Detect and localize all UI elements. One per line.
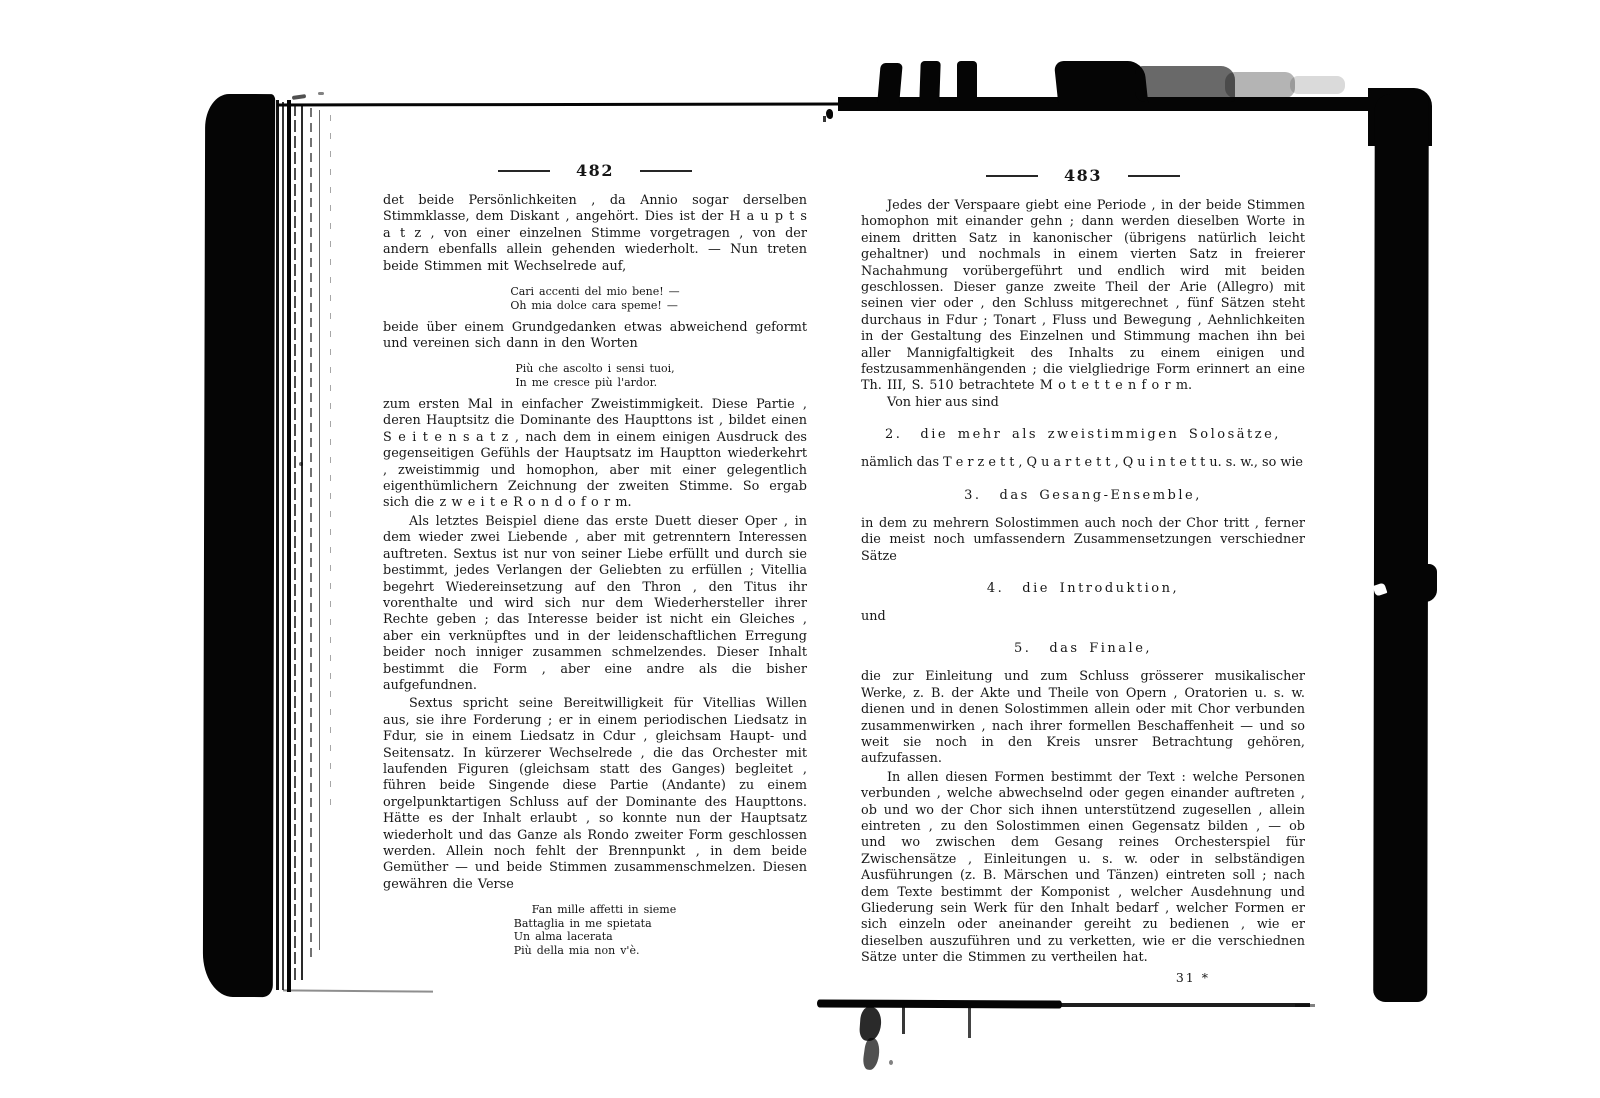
bottom-edge-line-left xyxy=(283,989,433,992)
scan-blob xyxy=(1225,72,1295,98)
book-scan-spread: 482 det beide Persönlichkeiten , da Anni… xyxy=(0,0,1600,1098)
scan-blob xyxy=(1135,66,1235,102)
page-left: 482 det beide Persönlichkeiten , da Anni… xyxy=(383,161,807,965)
section-heading-5: 5. das Finale, xyxy=(861,640,1305,657)
scan-speck xyxy=(826,109,833,119)
signature-mark: 31 * xyxy=(861,970,1305,985)
text-line: nämlich das T e r z e t t , Q u a r t e … xyxy=(861,455,1305,471)
page-edge-striation xyxy=(282,102,284,990)
verse-quote: Cari accenti del mio bene! — Oh mia dolc… xyxy=(383,285,807,313)
ink-drip xyxy=(889,1060,893,1065)
page-edge-striation xyxy=(276,100,279,990)
book-edge-left xyxy=(203,94,275,997)
bottom-edge-line-right xyxy=(1040,1003,1310,1007)
bookmark-tab xyxy=(919,61,940,103)
paragraph: Jedes der Verspaare giebt eine Periode ,… xyxy=(861,198,1305,395)
verse-quote: Più che ascolto i sensi tuoi, In me cres… xyxy=(383,362,807,390)
scan-speck xyxy=(299,462,303,466)
book-edge-bump xyxy=(1425,564,1437,602)
paragraph: det beide Persönlichkeiten , da Annio so… xyxy=(383,193,807,275)
page-right: 483 Jedes der Verspaare giebt eine Perio… xyxy=(861,166,1305,985)
text-line: Von hier aus sind xyxy=(861,395,1305,411)
text-line: und xyxy=(861,609,1305,625)
verse-lines: Più che ascolto i sensi tuoi, In me cres… xyxy=(515,362,674,389)
page-edge-striation xyxy=(294,104,296,984)
verse-lines: Cari accenti del mio bene! — Oh mia dolc… xyxy=(510,285,679,312)
scan-speck xyxy=(823,116,826,122)
page-number: 482 xyxy=(576,161,614,180)
ink-streak xyxy=(968,1007,971,1038)
page-edge-striation xyxy=(301,104,303,980)
paragraph: Als letztes Beispiel diene das erste Due… xyxy=(383,514,807,694)
verse-line: Oh mia dolce cara speme! — xyxy=(510,299,679,313)
verse-line: Più della mia non v'è. xyxy=(514,944,676,958)
section-heading-2: 2. die mehr als zweistimmigen Solosätze, xyxy=(861,426,1305,443)
page-number-header-left: 482 xyxy=(383,161,807,180)
top-edge-line-left xyxy=(277,103,843,107)
verse-lines: Fan mille affetti in sieme Battaglia in … xyxy=(514,903,676,957)
scan-speck xyxy=(318,92,324,95)
verse-line: Un alma lacerata xyxy=(514,930,676,944)
verse-line: Cari accenti del mio bene! — xyxy=(510,285,679,299)
ink-drip xyxy=(859,1006,882,1041)
verse-line: Più che ascolto i sensi tuoi, xyxy=(515,362,674,376)
ink-drip xyxy=(862,1037,881,1071)
scan-speck xyxy=(292,94,306,100)
header-rule xyxy=(498,170,550,172)
ink-streak xyxy=(902,1007,905,1034)
page-number: 483 xyxy=(1064,166,1102,185)
paragraph: In allen diesen Formen bestimmt der Text… xyxy=(861,770,1305,967)
paragraph: beide über einem Grundgedanken etwas abw… xyxy=(383,320,807,353)
verse-line: In me cresce più l'ardor. xyxy=(515,376,674,390)
page-edge-striation xyxy=(287,100,291,992)
header-rule xyxy=(986,175,1038,177)
bookmark-tab xyxy=(877,63,902,103)
page-number-header-right: 483 xyxy=(861,166,1305,185)
paragraph: in dem zu mehrern Solostimmen auch noch … xyxy=(861,516,1305,565)
bookmark-tab xyxy=(957,61,977,103)
section-heading-3: 3. das Gesang-Ensemble, xyxy=(861,487,1305,504)
page-edge-striation xyxy=(330,115,331,815)
verse-line: Battaglia in me spietata xyxy=(514,917,676,931)
bottom-edge-line-right xyxy=(817,999,1062,1008)
scan-blob xyxy=(1290,76,1345,94)
page-edge-striation xyxy=(310,108,312,963)
header-rule xyxy=(1128,175,1180,177)
bottom-edge-line-right xyxy=(1295,1004,1315,1007)
section-heading-4: 4. die Introduktion, xyxy=(861,580,1305,597)
header-rule xyxy=(640,170,692,172)
paragraph: Sextus spricht seine Bereitwilligkeit fü… xyxy=(383,696,807,893)
paragraph: zum ersten Mal in einfacher Zweistimmigk… xyxy=(383,397,807,512)
verse-quote: Fan mille affetti in sieme Battaglia in … xyxy=(383,903,807,958)
book-edge-right xyxy=(1373,94,1429,1002)
verse-line: Fan mille affetti in sieme xyxy=(514,903,676,917)
paragraph: die zur Einleitung und zum Schluss gröss… xyxy=(861,669,1305,767)
page-edge-striation xyxy=(319,110,320,950)
